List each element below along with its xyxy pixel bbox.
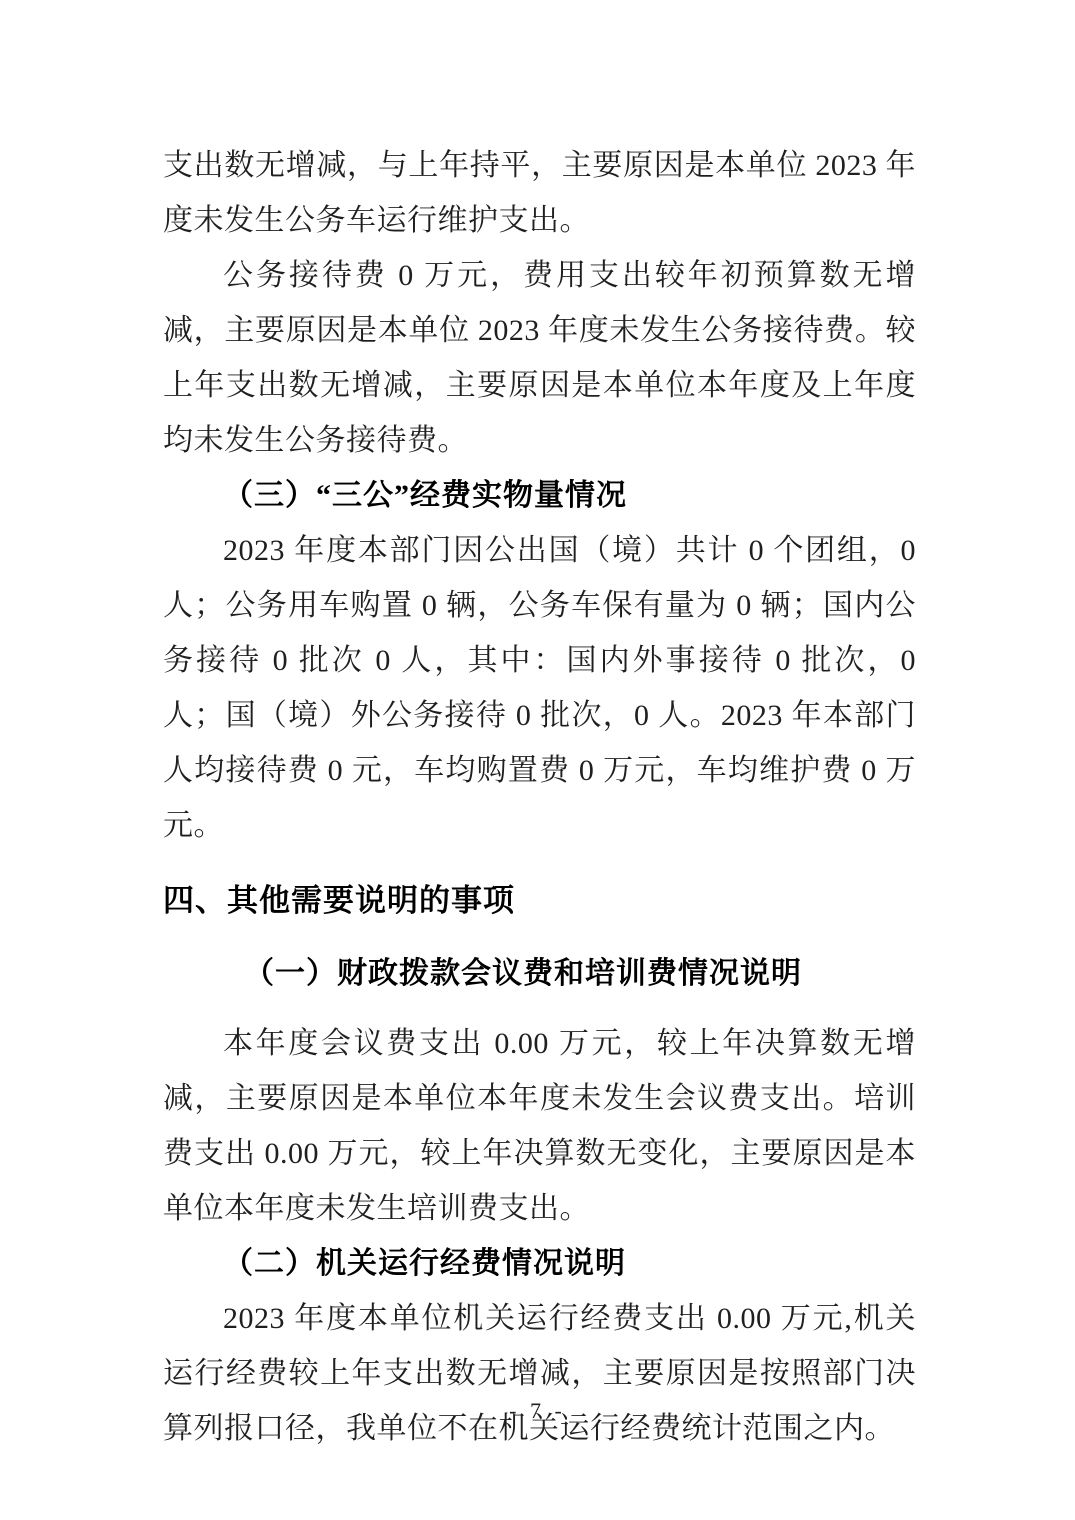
paragraph-sangong-physical-quantity: 2023 年度本部门因公出国（境）共计 0 个团组，0 人；公务用车购置 0 辆… [163,523,916,853]
document-page: 支出数无增减，与上年持平，主要原因是本单位 2023 年度未发生公务车运行维护支… [0,0,1075,1520]
page-number: - 7 - [0,1398,1075,1424]
paragraph-official-reception-expense: 公务接待费 0 万元，费用支出较年初预算数无增减，主要原因是本单位 2023 年… [163,248,916,468]
document-content: 支出数无增减，与上年持平，主要原因是本单位 2023 年度未发生公务车运行维护支… [163,138,916,1456]
paragraph-meeting-training-fee: 本年度会议费支出 0.00 万元，较上年决算数无增减，主要原因是本单位本年度未发… [163,1016,916,1236]
heading-sangong-physical-quantity: （三）“三公”经费实物量情况 [163,468,916,523]
heading-other-matters: 四、其他需要说明的事项 [163,880,916,922]
paragraph-vehicle-expense-continuation: 支出数无增减，与上年持平，主要原因是本单位 2023 年度未发生公务车运行维护支… [163,138,916,248]
heading-operating-funds: （二）机关运行经费情况说明 [163,1236,916,1291]
paragraph-operating-funds: 2023 年度本单位机关运行经费支出 0.00 万元,机关运行经费较上年支出数无… [163,1291,916,1456]
heading-meeting-training-fee: （一）财政拨款会议费和培训费情况说明 [163,946,916,1001]
